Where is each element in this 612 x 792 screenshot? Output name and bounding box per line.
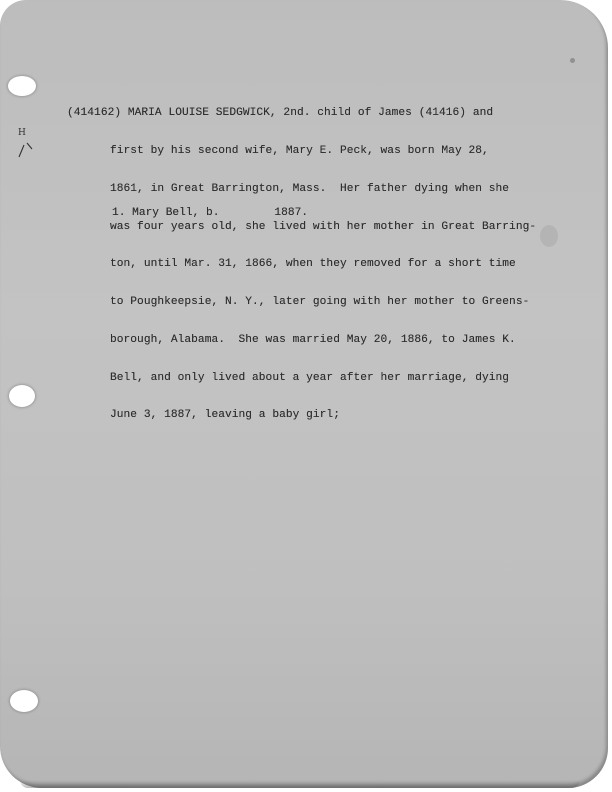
entry-line-8: Bell, and only lived about a year after … — [67, 372, 587, 385]
ink-speck — [570, 58, 575, 63]
entry-line-4: was four years old, she lived with her m… — [67, 221, 587, 234]
child-list-item: 1. Mary Bell, b.1887. — [112, 207, 308, 219]
entry-line-6: to Poughkeepsie, N. Y., later going with… — [67, 296, 587, 309]
punch-hole-top — [8, 76, 36, 96]
entry-line-1: (414162) MARIA LOUISE SEDGWICK, 2nd. chi… — [67, 107, 587, 120]
entry-line-5: ton, until Mar. 31, 1866, when they remo… — [67, 258, 587, 271]
entry-line-3: 1861, in Great Barrington, Mass. Her fat… — [67, 183, 587, 196]
entry-line-7: borough, Alabama. She was married May 20… — [67, 334, 587, 347]
entry-line-9: June 3, 1887, leaving a baby girl; — [67, 409, 587, 422]
punch-hole-bottom — [10, 690, 38, 712]
punch-hole-middle — [9, 385, 35, 407]
margin-annotation-letter: H — [18, 128, 26, 138]
child-name: 1. Mary Bell, b. — [112, 207, 219, 219]
margin-caret-mark-icon — [16, 140, 36, 158]
child-birth-year: 1887. — [219, 207, 308, 219]
document-page: H (414162) MARIA LOUISE SEDGWICK, 2nd. c… — [0, 0, 608, 788]
genealogy-entry-text: (414162) MARIA LOUISE SEDGWICK, 2nd. chi… — [67, 82, 587, 447]
page-edge-shadow — [20, 780, 580, 788]
entry-line-2: first by his second wife, Mary E. Peck, … — [67, 145, 587, 158]
